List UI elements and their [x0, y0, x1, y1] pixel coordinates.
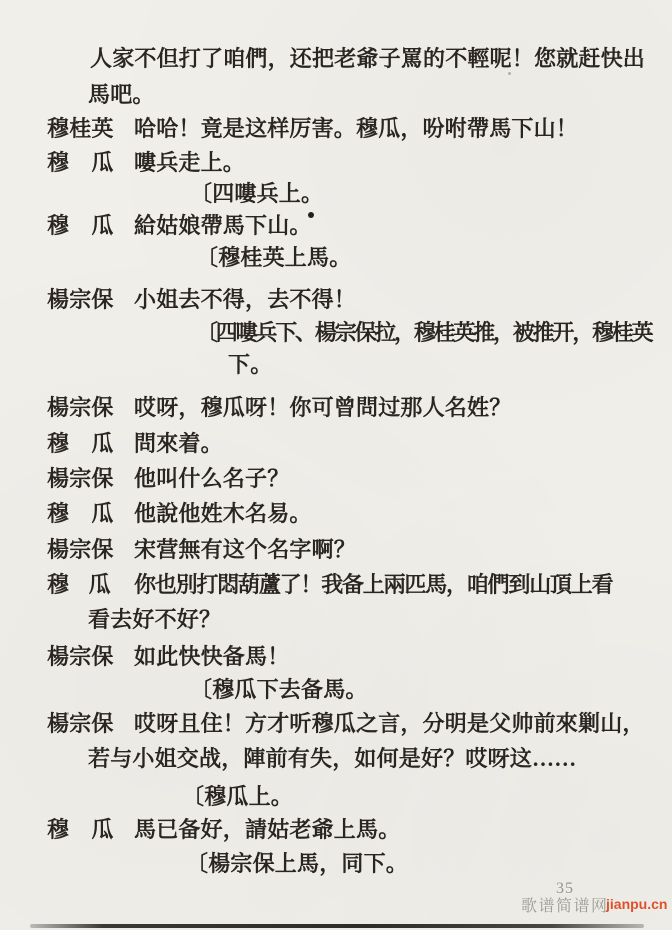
line-text: 問來着。	[134, 431, 223, 456]
script-line-stage-direction: 〔穆桂英上馬。	[196, 245, 351, 271]
script-line-stage-direction-continuation: 下。	[228, 352, 272, 378]
speaker-name: 穆桂英	[47, 116, 117, 142]
script-line-stage-direction: 〔四嘍兵下、楊宗保拉，穆桂英推，被推开，穆桂英	[196, 320, 651, 346]
speaker-name: 楊宗保	[47, 644, 117, 670]
watermark-domain: jianpu.cn	[606, 896, 667, 912]
line-text: 小姐去不得，去不得！	[134, 287, 356, 312]
script-line-stage-direction: 〔穆瓜上。	[182, 784, 293, 810]
script-line-continuation: 人家不但打了咱們，还把老爺子罵的不輕呢！您就赶快出	[90, 46, 645, 72]
script-line-continuation: 看去好不好？	[88, 607, 221, 633]
script-line-dialogue: 楊宗保如此快快备馬！	[47, 644, 289, 670]
script-line-stage-direction: 〔四嘍兵上。	[190, 181, 323, 207]
speaker-name: 楊宗保	[47, 287, 117, 313]
script-line-dialogue: 穆 瓜他說他姓木名易。	[47, 501, 312, 527]
ink-speck	[508, 72, 511, 75]
script-line-dialogue: 穆 瓜問來着。	[47, 431, 223, 457]
speaker-name: 楊宗保	[47, 395, 117, 421]
line-text: 哈哈！竟是这样厉害。穆瓜，吩咐帶馬下山！	[134, 116, 578, 141]
scan-edge-line	[30, 924, 644, 928]
line-text: 他叫什么名子？	[134, 466, 289, 491]
line-text: 嘍兵走上。	[134, 150, 245, 175]
line-text: 如此快快备馬！	[134, 644, 289, 669]
line-text: 馬已备好，請姑老爺上馬。	[134, 817, 400, 842]
script-line-dialogue: 楊宗保小姐去不得，去不得！	[47, 287, 356, 313]
speaker-name: 楊宗保	[47, 711, 117, 737]
script-line-dialogue: 楊宗保他叫什么名子？	[47, 466, 289, 492]
speaker-name: 楊宗保	[47, 466, 117, 492]
ink-speck	[66, 712, 69, 715]
script-line-dialogue: 穆桂英哈哈！竟是这样厉害。穆瓜，吩咐帶馬下山！	[47, 116, 578, 142]
watermark-site-name: 歌谱简谱网	[521, 893, 609, 916]
speaker-name: 楊宗保	[47, 537, 117, 563]
speaker-name: 穆 瓜	[47, 501, 117, 527]
ink-speck	[308, 212, 314, 218]
scanned-script-page: 人家不但打了咱們，还把老爺子罵的不輕呢！您就赶快出 馬吧。 穆桂英哈哈！竟是这样…	[0, 0, 672, 930]
script-line-dialogue: 穆 瓜你也別打悶葫蘆了！我备上兩匹馬，咱們到山頂上看	[47, 572, 612, 598]
line-text: 哎呀且住！方才听穆瓜之言，分明是父帅前來剿山，	[134, 711, 645, 736]
speaker-name: 穆 瓜	[47, 817, 117, 843]
script-line-stage-direction: 〔楊宗保上馬，同下。	[186, 851, 408, 877]
script-line-continuation: 馬吧。	[88, 82, 155, 108]
line-text: 給姑娘帶馬下山。	[134, 213, 312, 238]
script-line-dialogue: 楊宗保宋营無有这个名字啊？	[47, 537, 356, 563]
script-line-dialogue: 楊宗保哎呀，穆瓜呀！你可曾問过那人名姓？	[47, 395, 511, 421]
speaker-name: 穆 瓜	[47, 150, 117, 176]
script-line-dialogue: 楊宗保哎呀且住！方才听穆瓜之言，分明是父帅前來剿山，	[47, 711, 645, 737]
script-line-dialogue: 穆 瓜嘍兵走上。	[47, 150, 245, 176]
speaker-name: 穆 瓜	[47, 213, 117, 239]
script-line-stage-direction: 〔穆瓜下去备馬。	[190, 677, 368, 703]
script-line-dialogue: 穆 瓜馬已备好，請姑老爺上馬。	[47, 817, 400, 843]
line-text: 他說他姓木名易。	[134, 501, 312, 526]
speaker-name: 穆 瓜	[47, 431, 117, 457]
line-text: 宋营無有这个名字啊？	[134, 537, 356, 562]
script-line-continuation: 若与小姐交战，陣前有失，如何是好？哎呀这……	[88, 746, 576, 772]
speaker-name: 穆 瓜	[47, 572, 117, 598]
line-text: 你也別打悶葫蘆了！我备上兩匹馬，咱們到山頂上看	[134, 572, 612, 597]
line-text: 哎呀，穆瓜呀！你可曾問过那人名姓？	[134, 395, 511, 420]
script-line-dialogue: 穆 瓜給姑娘帶馬下山。	[47, 213, 312, 239]
